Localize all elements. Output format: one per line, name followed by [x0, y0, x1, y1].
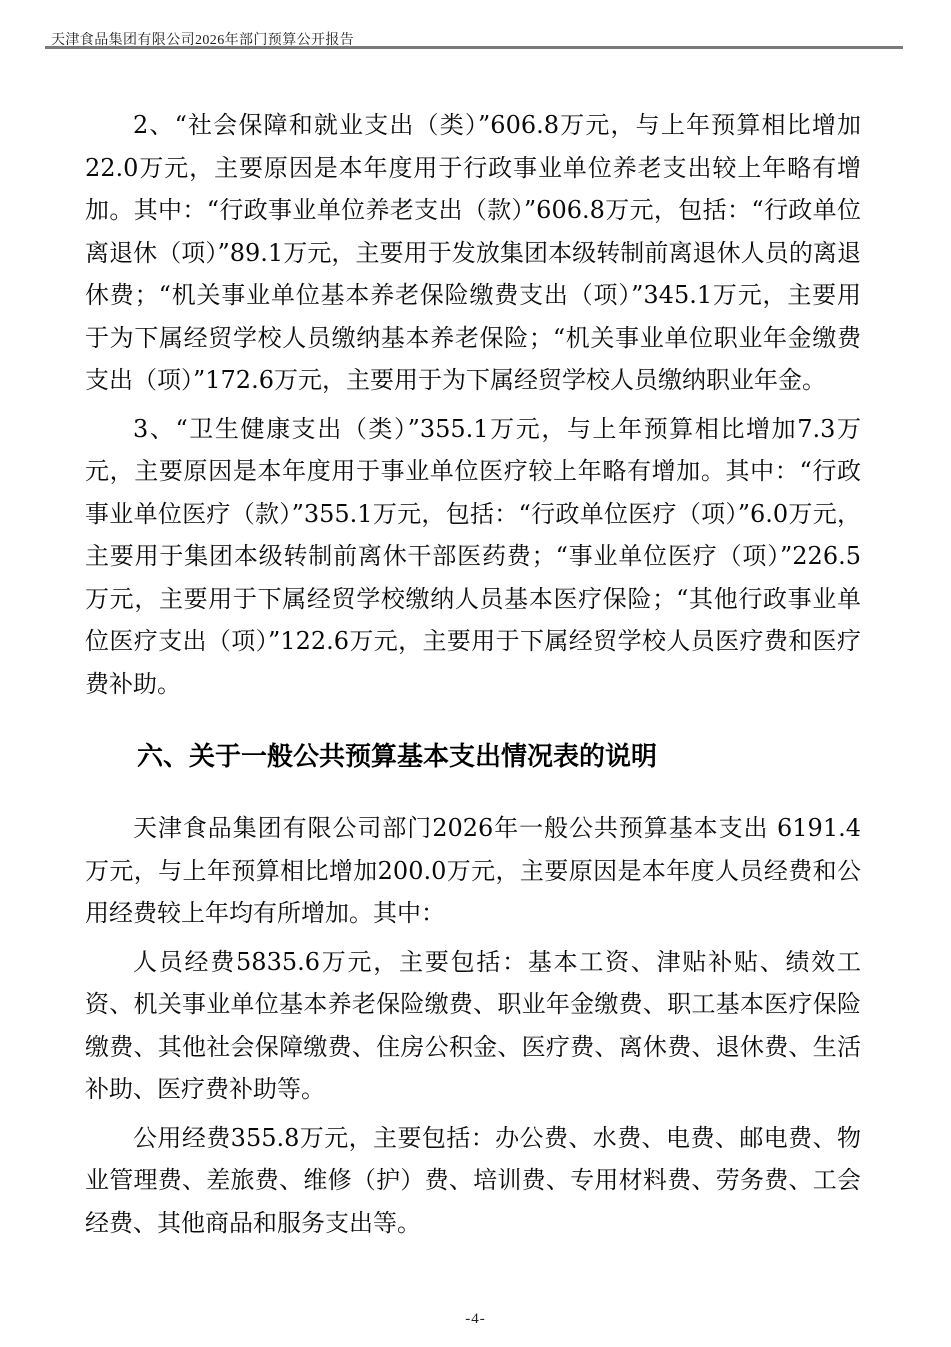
paragraph-personnel-funds: 人员经费5835.6万元，主要包括：基本工资、津贴补贴、绩效工资、机关事业单位基… [85, 941, 861, 1111]
paragraph-public-funds: 公用经费355.8万元，主要包括：办公费、水费、电费、邮电费、物业管理费、差旅费… [85, 1117, 861, 1245]
paragraph-basic-expenditure-total: 天津食品集团有限公司部门2026年一般公共预算基本支出 6191.4万元，与上年… [85, 807, 861, 935]
header-rule [45, 46, 903, 49]
section-heading-basic-expenditure-table: 六、关于一般公共预算基本支出情况表的说明 [85, 733, 861, 781]
page-footer: -4- [0, 1308, 951, 1328]
paragraph-health-expenditure: 3、“卫生健康支出（类）”355.1万元，与上年预算相比增加7.3万元，主要原因… [85, 408, 861, 706]
document-page: 天津食品集团有限公司2026年部门预算公开报告 2、“社会保障和就业支出（类）”… [0, 0, 951, 1347]
page-number: -4- [465, 1311, 486, 1327]
document-body: 2、“社会保障和就业支出（类）”606.8万元，与上年预算相比增加22.0万元，… [85, 104, 861, 1250]
paragraph-social-security-expenditure: 2、“社会保障和就业支出（类）”606.8万元，与上年预算相比增加22.0万元，… [85, 104, 861, 402]
